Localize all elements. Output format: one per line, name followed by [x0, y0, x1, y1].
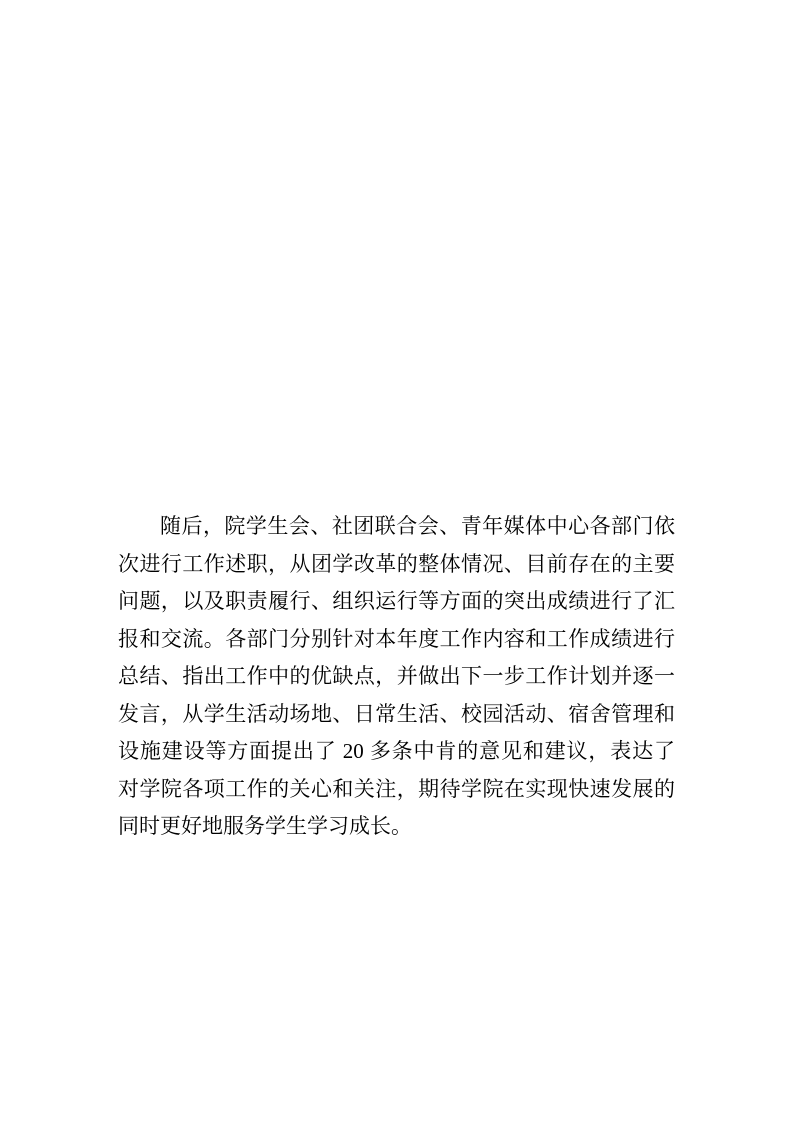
paragraph-line: 发言，从学生活动场地、日常生活、校园活动、宿舍管理和: [118, 696, 675, 734]
paragraph-line: 报和交流。各部门分别针对本年度工作内容和工作成绩进行: [118, 621, 675, 659]
paragraph-line: 次进行工作述职，从团学改革的整体情况、目前存在的主要: [118, 546, 675, 584]
document-page: 随后，院学生会、社团联合会、青年媒体中心各部门依 次进行工作述职，从团学改革的整…: [0, 0, 793, 1122]
body-paragraph: 随后，院学生会、社团联合会、青年媒体中心各部门依 次进行工作述职，从团学改革的整…: [118, 508, 675, 846]
paragraph-line: 对学院各项工作的关心和关注，期待学院在实现快速发展的: [118, 771, 675, 809]
paragraph-line: 设施建设等方面提出了 20 多条中肯的意见和建议，表达了: [118, 733, 675, 771]
paragraph-line: 总结、指出工作中的优缺点，并做出下一步工作计划并逐一: [118, 658, 675, 696]
paragraph-line: 同时更好地服务学生学习成长。: [118, 808, 675, 846]
paragraph-line: 问题，以及职责履行、组织运行等方面的突出成绩进行了汇: [118, 583, 675, 621]
paragraph-line: 随后，院学生会、社团联合会、青年媒体中心各部门依: [118, 508, 675, 546]
